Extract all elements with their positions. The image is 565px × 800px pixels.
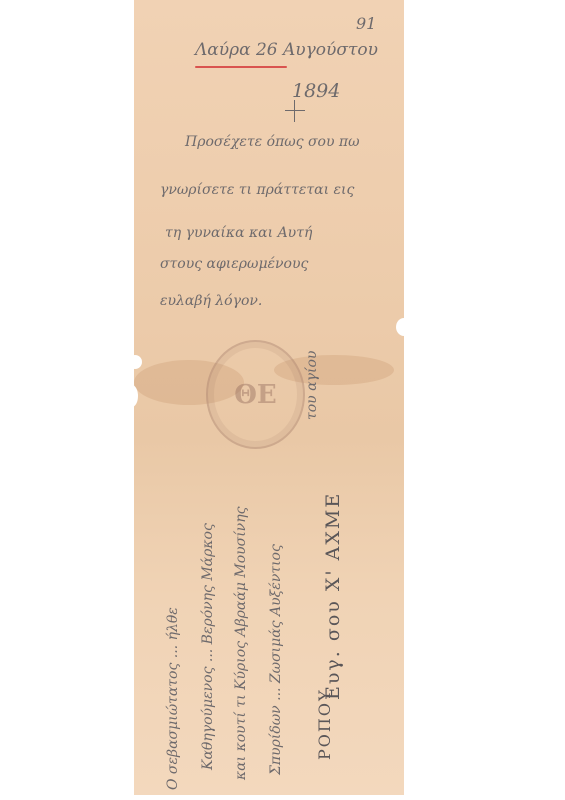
year: 1894 [292,80,340,102]
corner-note: 91 [356,14,376,33]
stamp-seal: ΘΕ [206,340,305,449]
torn-edge [126,385,138,407]
red-underline [195,66,287,68]
torn-edge [128,355,142,369]
vertical-line: Ο σεβασμιώτατος ... ήλθε [165,607,181,790]
vertical-line: Σπυρίδων ... Ζωσιμάς Αυξέντιος [268,544,284,775]
vertical-line: Καθηγούμενος ... Βερόνης Μάρκος [200,523,216,770]
vertical-line: και κουτί τι Κύριος Αβραάμ Μουσίνης [233,507,249,780]
text-line: γνωρίσετε τι πράττεται εις [160,182,354,198]
place-date: Λαύρα 26 Αυγούστου [195,40,378,60]
cross-mark [294,100,295,122]
seal-glyph: ΘΕ [208,380,303,410]
closing: ΡΟΠΟΥ [315,688,334,760]
cross-mark [285,110,305,111]
signature: Ευγ. σου Χ' ΑΧΜΕ [322,492,344,700]
vertical-line: του αγίου [304,351,320,420]
text-line: Προσέχετε όπως σου πω [185,134,360,150]
text-line: στους αφιερωμένους [160,256,308,272]
text-line: τη γυναίκα και Αυτή [165,225,312,241]
torn-edge [396,318,412,336]
text-line: ευλαβή λόγον. [160,293,262,309]
